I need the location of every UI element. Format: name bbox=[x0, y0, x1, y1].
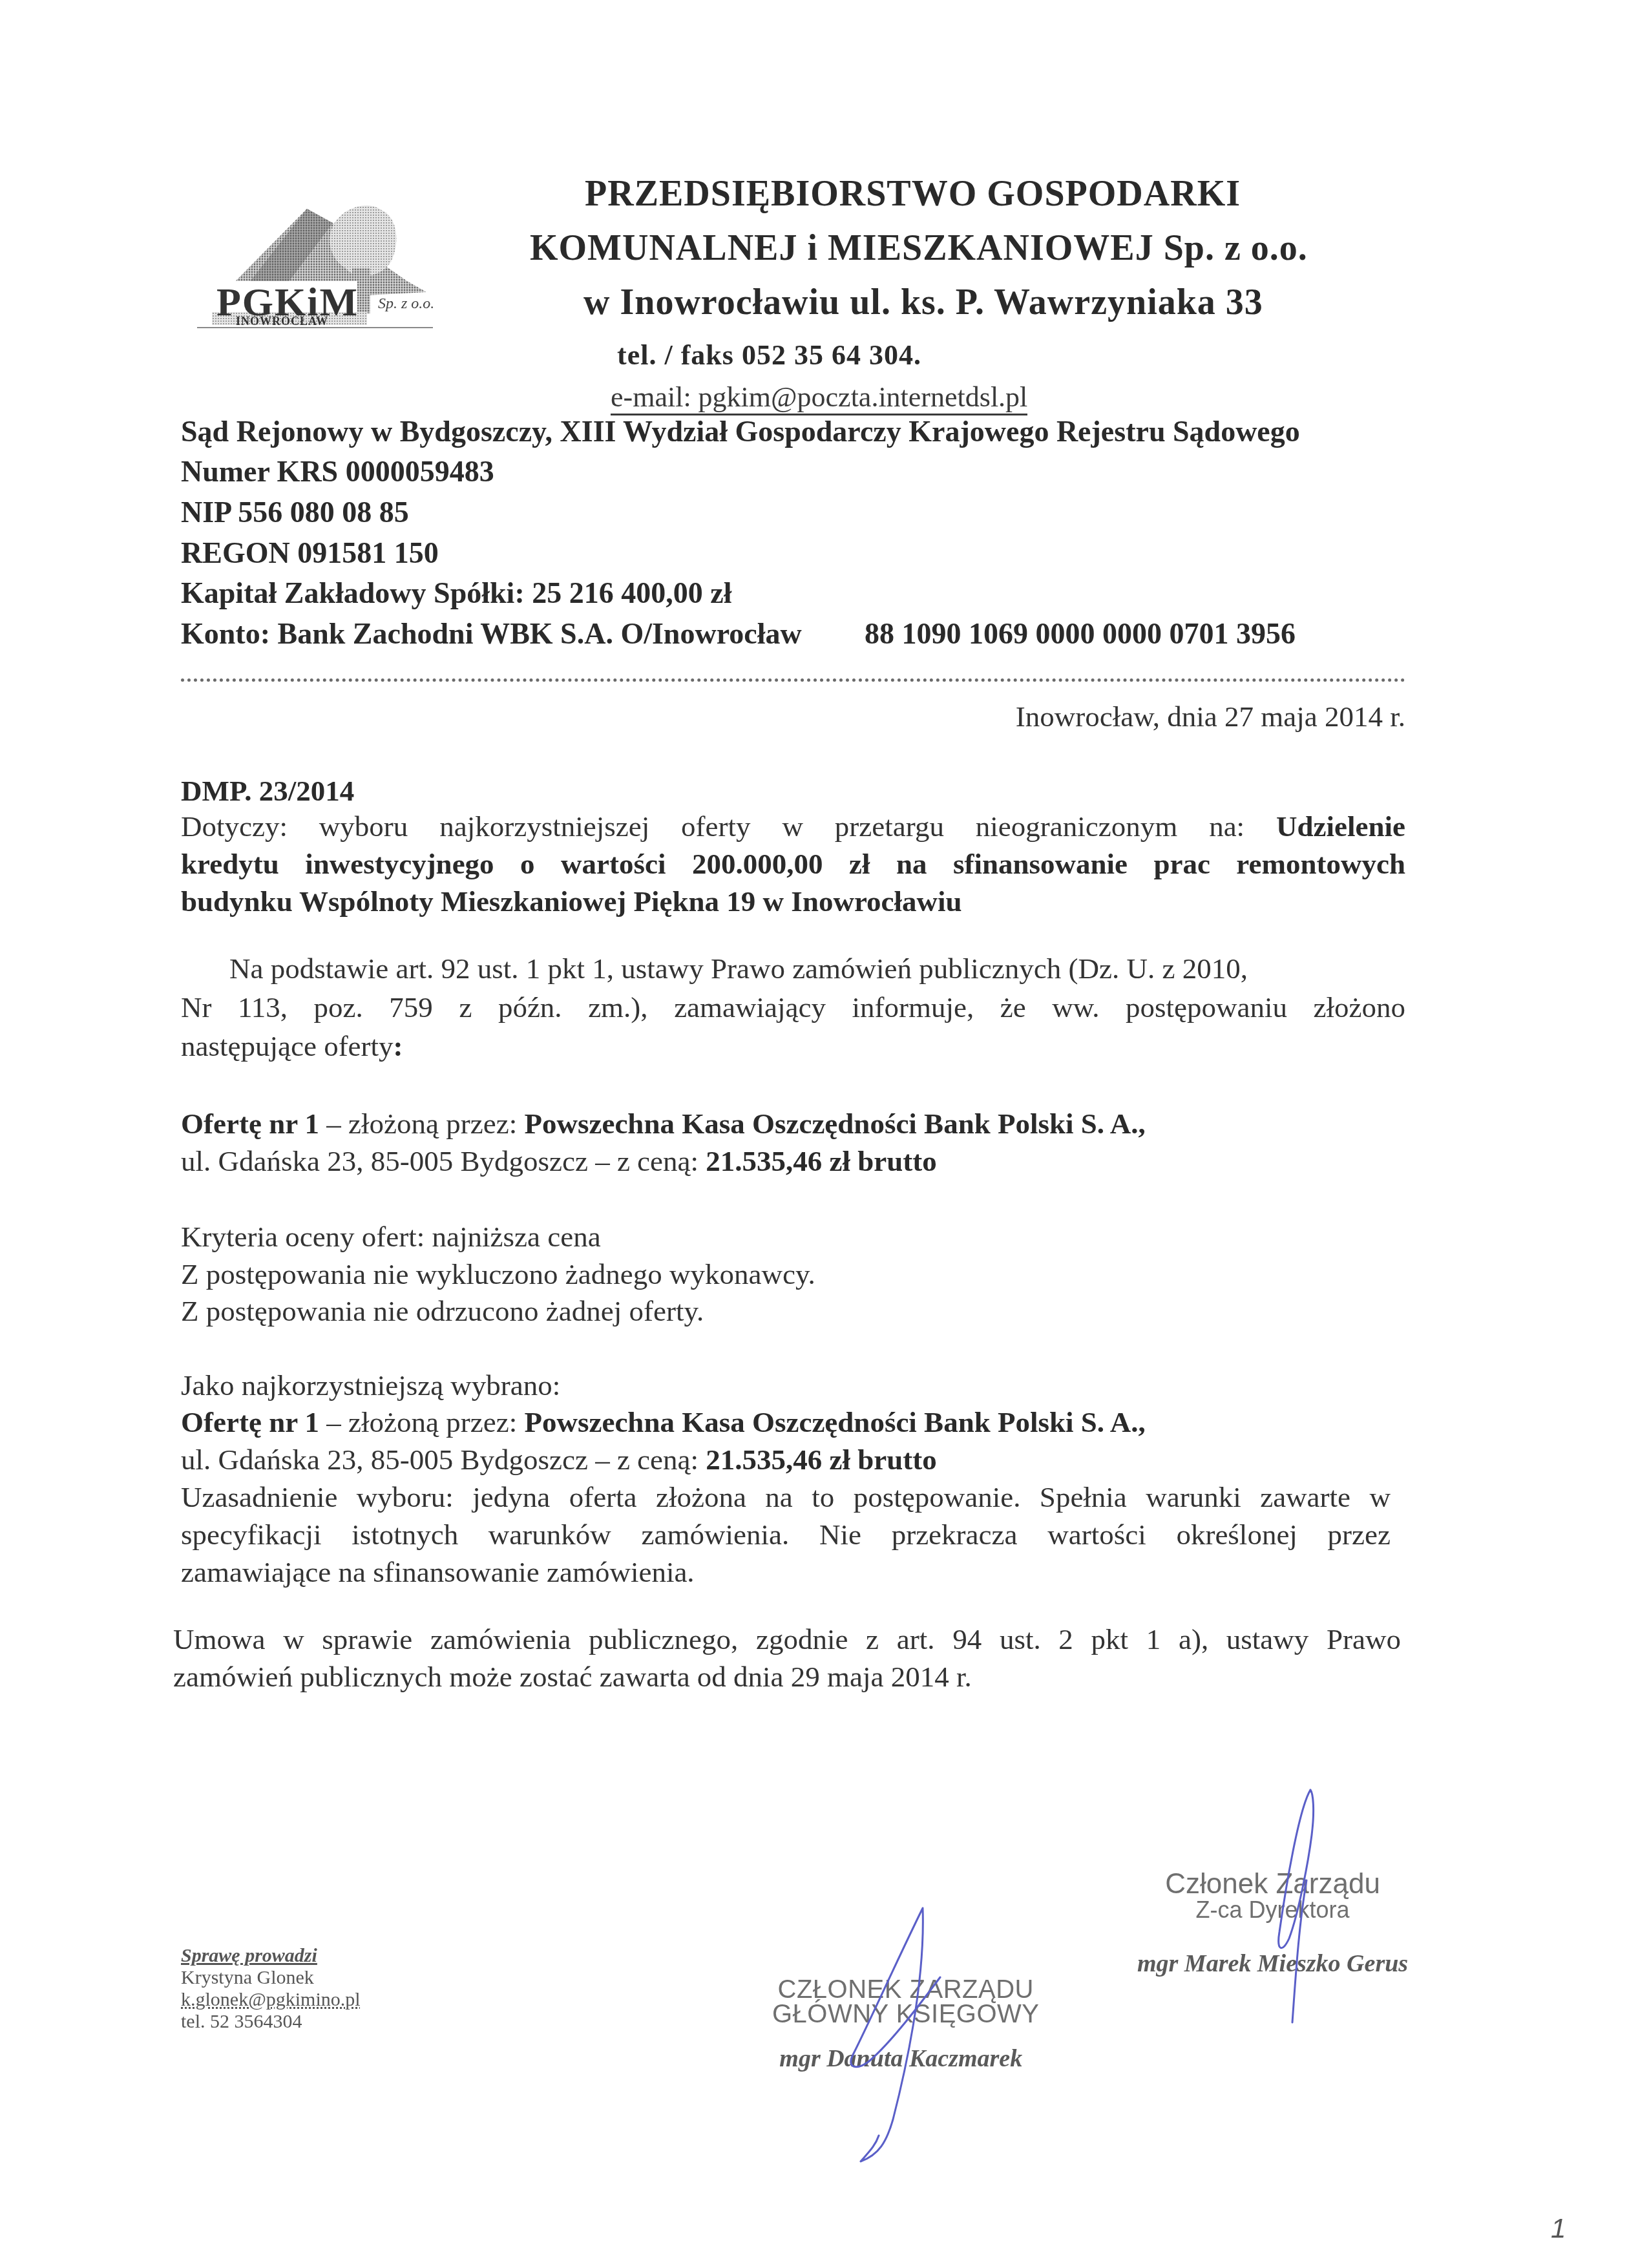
intro-line3: następujące oferty: bbox=[181, 1027, 403, 1065]
company-address: w Inowrocławiu ul. ks. P. Wawrzyniaka 33 bbox=[583, 282, 1263, 323]
offer-label: Ofertę nr 1 bbox=[181, 1108, 319, 1140]
subject-line3: budynku Wspólnoty Mieszkaniowej Piękna 1… bbox=[181, 883, 962, 920]
selected-offer-by: – złożoną przez: bbox=[319, 1406, 524, 1438]
subject-line2: kredytu inwestycyjnego o wartości 200.00… bbox=[181, 845, 1405, 883]
company-logo: PGKiM Sp. z o.o. INOWROCŁAW bbox=[194, 165, 452, 333]
contract-line2: zamówień publicznych może zostać zawarta… bbox=[173, 1658, 972, 1696]
justification-line3: zamawiające na sfinansowanie zamówienia. bbox=[181, 1553, 695, 1591]
header-divider bbox=[181, 678, 1405, 682]
offer-bank: Powszechna Kasa Oszczędności Bank Polski… bbox=[524, 1108, 1145, 1140]
nip-number: NIP 556 080 08 85 bbox=[181, 494, 409, 530]
handled-by-block: Sprawę prowadzi Krystyna Glonek k.glonek… bbox=[181, 1945, 361, 2033]
criteria-line1: Kryteria oceny ofert: najniższa cena bbox=[181, 1218, 601, 1255]
logo-suffix: Sp. z o.o. bbox=[378, 295, 434, 313]
handled-by-header: Sprawę prowadzi bbox=[181, 1945, 361, 1967]
company-name-line1: PRZEDSIĘBIORSTWO GOSPODARKI bbox=[585, 173, 1241, 215]
justification-line2: specyfikacji istotnych warunków zamówien… bbox=[181, 1516, 1391, 1553]
criteria-line2: Z postępowania nie wykluczono żadnego wy… bbox=[181, 1255, 815, 1293]
contract-line1: Umowa w sprawie zamówienia publicznego, … bbox=[173, 1621, 1401, 1658]
stamp-accountant-line2: GŁÓWNY KSIĘGOWY bbox=[772, 2002, 1040, 2026]
handled-by-phone: tel. 52 3564304 bbox=[181, 2011, 361, 2033]
share-capital: Kapitał Zakładowy Spółki: 25 216 400,00 … bbox=[181, 575, 731, 611]
criteria-line3: Z postępowania nie odrzucono żadnej ofer… bbox=[181, 1292, 704, 1330]
bank-account-label: Konto: Bank Zachodni WBK S.A. O/Inowrocł… bbox=[181, 617, 802, 650]
intro-line3-text: następujące oferty bbox=[181, 1030, 394, 1062]
intro-line1: Na podstawie art. 92 ust. 1 pkt 1, ustaw… bbox=[229, 950, 1248, 987]
stamp-director-name: mgr Marek Mieszko Gerus bbox=[1137, 1949, 1408, 1978]
stamp-director-line2: Z-ca Dyrektora bbox=[1137, 1898, 1408, 1922]
selected-offer-label: Ofertę nr 1 bbox=[181, 1406, 319, 1438]
stamp-chief-accountant: CZŁONEK ZARZĄDU GŁÓWNY KSIĘGOWY mgr Danu… bbox=[772, 1977, 1040, 2073]
document-date: Inowrocław, dnia 27 maja 2014 r. bbox=[1016, 698, 1405, 735]
company-email-link[interactable]: e-mail: pgkim@poczta.internetdsl.pl bbox=[611, 381, 1027, 415]
selected-offer-price: 21.535,46 zł brutto bbox=[706, 1444, 936, 1476]
subject-bold-start: Udzielenie bbox=[1276, 810, 1405, 843]
selected-offer-address: ul. Gdańska 23, 85-005 Bydgoszcz – z cen… bbox=[181, 1444, 706, 1476]
subject-line1: Dotyczy: wyboru najkorzystniejszej ofert… bbox=[181, 808, 1405, 845]
krs-number: Numer KRS 0000059483 bbox=[181, 454, 494, 490]
bank-account: Konto: Bank Zachodni WBK S.A. O/Inowrocł… bbox=[181, 616, 1409, 652]
handled-by-email-link[interactable]: k.glonek@pgkimino.pl bbox=[181, 1989, 361, 2011]
handled-by-name: Krystyna Glonek bbox=[181, 1967, 361, 1989]
logo-underline bbox=[197, 327, 433, 328]
selected-offer-line2: ul. Gdańska 23, 85-005 Bydgoszcz – z cen… bbox=[181, 1441, 937, 1478]
company-phone: tel. / faks 052 35 64 304. bbox=[617, 335, 921, 376]
selected-offer-line1: Ofertę nr 1 – złożoną przez: Powszechna … bbox=[181, 1403, 1146, 1441]
intro-line2: Nr 113, poz. 759 z późn. zm.), zamawiają… bbox=[181, 989, 1405, 1026]
offer-1-line1: Ofertę nr 1 – złożoną przez: Powszechna … bbox=[181, 1105, 1146, 1142]
offer-by: – złożoną przez: bbox=[319, 1108, 524, 1140]
logo-city: INOWROCŁAW bbox=[236, 315, 328, 328]
selected-offer-bank: Powszechna Kasa Oszczędności Bank Polski… bbox=[524, 1406, 1145, 1438]
page-number: 1 bbox=[1551, 2213, 1566, 2244]
selection-intro: Jako najkorzystniejszą wybrano: bbox=[181, 1367, 560, 1404]
subject-intro: Dotyczy: wyboru najkorzystniejszej ofert… bbox=[181, 810, 1245, 843]
justification-line1: Uzasadnienie wyboru: jedyna oferta złożo… bbox=[181, 1478, 1391, 1516]
intro-line3-colon: : bbox=[394, 1030, 403, 1062]
stamp-accountant-line1: CZŁONEK ZARZĄDU bbox=[772, 1977, 1040, 2002]
bank-account-number: 88 1090 1069 0000 0000 0701 3956 bbox=[865, 616, 1296, 652]
offer-1-line2: ul. Gdańska 23, 85-005 Bydgoszcz – z cen… bbox=[181, 1142, 937, 1180]
company-name-line2: KOMUNALNEJ i MIESZKANIOWEJ Sp. z o.o. bbox=[530, 227, 1308, 269]
stamp-director-line1: Członek Zarządu bbox=[1137, 1871, 1408, 1898]
court-registry: Sąd Rejonowy w Bydgoszczy, XIII Wydział … bbox=[181, 414, 1300, 450]
reference-number: DMP. 23/2014 bbox=[181, 772, 354, 810]
regon-number: REGON 091581 150 bbox=[181, 535, 439, 571]
stamp-accountant-name: mgr Danuta Kaczmarek bbox=[762, 2044, 1040, 2073]
stamp-deputy-director: Członek Zarządu Z-ca Dyrektora mgr Marek… bbox=[1137, 1871, 1408, 1978]
offer-price: 21.535,46 zł brutto bbox=[706, 1145, 936, 1177]
offer-address: ul. Gdańska 23, 85-005 Bydgoszcz – z cen… bbox=[181, 1145, 706, 1177]
